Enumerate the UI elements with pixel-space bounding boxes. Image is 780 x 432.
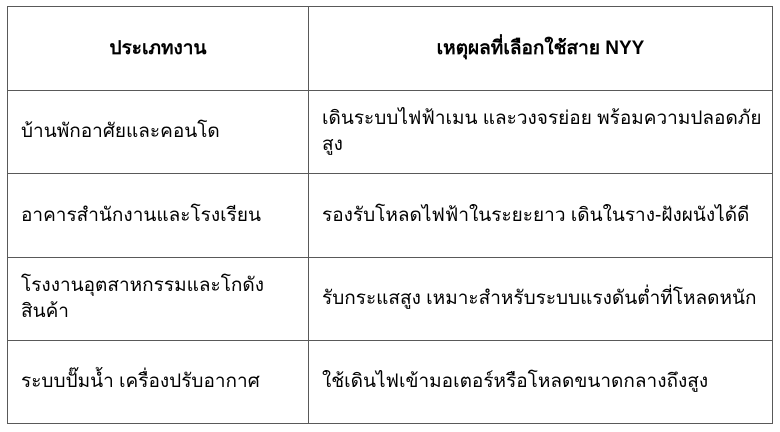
reason-cell: รองรับโหลดไฟฟ้าในระยะยาว เดินในราง-ฝังผน… <box>309 174 773 257</box>
reason-cell: เดินระบบไฟฟ้าเมน และวงจรย่อย พร้อมความปล… <box>309 91 773 174</box>
work-type-cell: บ้านพักอาศัยและคอนโด <box>8 91 309 174</box>
reason-cell: รับกระแสสูง เหมาะสำหรับระบบแรงดันต่ำที่โ… <box>309 257 773 340</box>
header-cell-work-type: ประเภทงาน <box>8 7 309 91</box>
nyy-usage-table: ประเภทงาน เหตุผลที่เลือกใช้สาย NYY บ้านพ… <box>7 6 773 424</box>
header-cell-reason: เหตุผลที่เลือกใช้สาย NYY <box>309 7 773 91</box>
table-row: ระบบปั๊มน้ำ เครื่องปรับอากาศ ใช้เดินไฟเข… <box>8 340 773 423</box>
work-type-cell: โรงงานอุตสาหกรรมและโกดังสินค้า <box>8 257 309 340</box>
table-row: บ้านพักอาศัยและคอนโด เดินระบบไฟฟ้าเมน แล… <box>8 91 773 174</box>
reason-cell: ใช้เดินไฟเข้ามอเตอร์หรือโหลดขนาดกลางถึงส… <box>309 340 773 423</box>
page-canvas: ประเภทงาน เหตุผลที่เลือกใช้สาย NYY บ้านพ… <box>0 0 780 432</box>
work-type-cell: อาคารสำนักงานและโรงเรียน <box>8 174 309 257</box>
table-row: โรงงานอุตสาหกรรมและโกดังสินค้า รับกระแสส… <box>8 257 773 340</box>
table-header-row: ประเภทงาน เหตุผลที่เลือกใช้สาย NYY <box>8 7 773 91</box>
table-row: อาคารสำนักงานและโรงเรียน รองรับโหลดไฟฟ้า… <box>8 174 773 257</box>
work-type-cell: ระบบปั๊มน้ำ เครื่องปรับอากาศ <box>8 340 309 423</box>
